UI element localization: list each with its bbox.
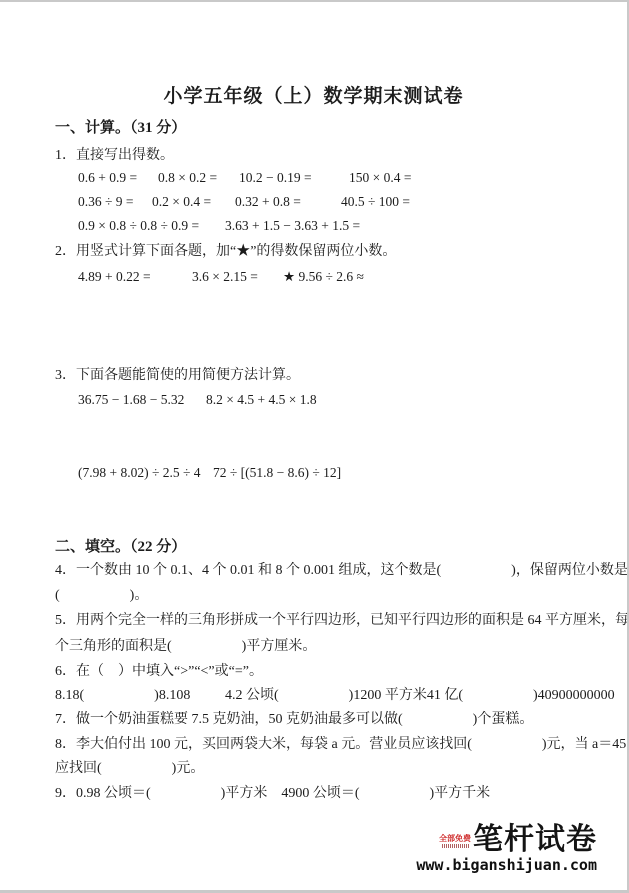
q7-line: 7．做一个奶油蛋糕要 7.5 克奶油，50 克奶油最多可以做( )个蛋糕。 bbox=[55, 711, 597, 729]
math-expression: 10.2 − 0.19 = bbox=[239, 170, 349, 187]
fine-print-strip bbox=[442, 844, 469, 848]
math-expression: 0.2 × 0.4 = bbox=[152, 194, 235, 211]
q8-line-1: 8．李大伯付出 100 元，买回两袋大米，每袋 a 元。营业员应该找回( )元，… bbox=[55, 736, 597, 754]
math-expression: 0.32 + 0.8 = bbox=[235, 194, 341, 211]
q1-row-1: 0.6 + 0.9 = 0.8 × 0.2 = 10.2 − 0.19 = 15… bbox=[78, 170, 597, 187]
math-expression-starred: ★ 9.56 ÷ 2.6 ≈ bbox=[283, 269, 364, 286]
q3-row-2: (7.98 + 8.02) ÷ 2.5 ÷ 4 72 ÷ [(51.8 − 8.… bbox=[78, 465, 597, 482]
exam-paper-page: 小学五年级（上）数学期末测试卷 一、计算。（31 分） 1．直接写出得数。 0.… bbox=[0, 0, 629, 893]
q2-row: 4.89 + 0.22 = 3.6 × 2.15 = ★ 9.56 ÷ 2.6 … bbox=[78, 269, 597, 286]
math-expression: 0.6 + 0.9 = bbox=[78, 170, 158, 187]
fill-blank-item: 8.18( )8.108 bbox=[55, 687, 225, 705]
q1-label: 1．直接写出得数。 bbox=[55, 147, 597, 165]
free-tag-text: 全部免费 bbox=[439, 835, 471, 843]
section-1-heading: 一、计算。（31 分） bbox=[55, 119, 597, 138]
q8-line-2: 应找回( )元。 bbox=[55, 760, 597, 778]
math-expression: 0.36 ÷ 9 = bbox=[78, 194, 152, 211]
math-expression: 3.6 × 2.15 = bbox=[192, 269, 283, 286]
q6-row: 8.18( )8.108 4.2 公顷( )1200 平方米 41 亿( )40… bbox=[55, 687, 597, 705]
q1-row-2: 0.36 ÷ 9 = 0.2 × 0.4 = 0.32 + 0.8 = 40.5… bbox=[78, 194, 597, 211]
q4-line-1: 4．一个数由 10 个 0.1、4 个 0.01 和 8 个 0.001 组成，… bbox=[55, 562, 597, 580]
watermark-top-row: 全部免费 笔杆试卷 bbox=[416, 825, 597, 855]
math-expression: 150 × 0.4 = bbox=[349, 170, 411, 187]
math-expression: 8.2 × 4.5 + 4.5 × 1.8 bbox=[206, 392, 317, 409]
math-expression: 72 ÷ [(51.8 − 8.6) ÷ 12] bbox=[213, 465, 341, 482]
page-title: 小学五年级（上）数学期末测试卷 bbox=[0, 85, 627, 109]
q4-line-2: ( )。 bbox=[55, 587, 597, 605]
watermark-free-tag: 全部免费 bbox=[439, 835, 471, 848]
site-watermark: 全部免费 笔杆试卷 www.biganshijuan.com bbox=[416, 825, 597, 874]
q3-label: 3．下面各题能简使的用简便方法计算。 bbox=[55, 367, 597, 385]
math-expression: (7.98 + 8.02) ÷ 2.5 ÷ 4 bbox=[78, 465, 213, 482]
q5-line-2: 个三角形的面积是( )平方厘米。 bbox=[55, 638, 597, 656]
q5-line-1: 5．用两个完全一样的三角形拼成一个平行四边形，已知平行四边形的面积是 64 平方… bbox=[55, 612, 597, 630]
math-expression: 36.75 − 1.68 − 5.32 bbox=[78, 392, 206, 409]
q1-row-3: 0.9 × 0.8 ÷ 0.8 ÷ 0.9 = 3.63 + 1.5 − 3.6… bbox=[78, 218, 597, 235]
math-expression: 3.63 + 1.5 − 3.63 + 1.5 = bbox=[225, 218, 360, 235]
watermark-brand: 笔杆试卷 bbox=[473, 825, 597, 855]
fill-blank-item: 4.2 公顷( )1200 平方米 bbox=[225, 687, 427, 705]
section-2-heading: 二、填空。（22 分） bbox=[55, 538, 597, 557]
q9-line: 9．0.98 公顷＝( )平方米 4900 公顷＝( )平方千米 bbox=[55, 785, 597, 803]
watermark-url: www.biganshijuan.com bbox=[416, 856, 597, 874]
q2-label: 2．用竖式计算下面各题，加“★”的得数保留两位小数。 bbox=[55, 243, 597, 261]
q3-row-1: 36.75 − 1.68 − 5.32 8.2 × 4.5 + 4.5 × 1.… bbox=[78, 392, 597, 409]
math-expression: 40.5 ÷ 100 = bbox=[341, 194, 410, 211]
math-expression: 0.8 × 0.2 = bbox=[158, 170, 239, 187]
math-expression: 4.89 + 0.22 = bbox=[78, 269, 192, 286]
math-expression: 0.9 × 0.8 ÷ 0.8 ÷ 0.9 = bbox=[78, 218, 225, 235]
fill-blank-item: 41 亿( )40900000000 bbox=[427, 687, 615, 705]
q6-label: 6．在（ ）中填入“>”“<”或“=”。 bbox=[55, 663, 597, 681]
